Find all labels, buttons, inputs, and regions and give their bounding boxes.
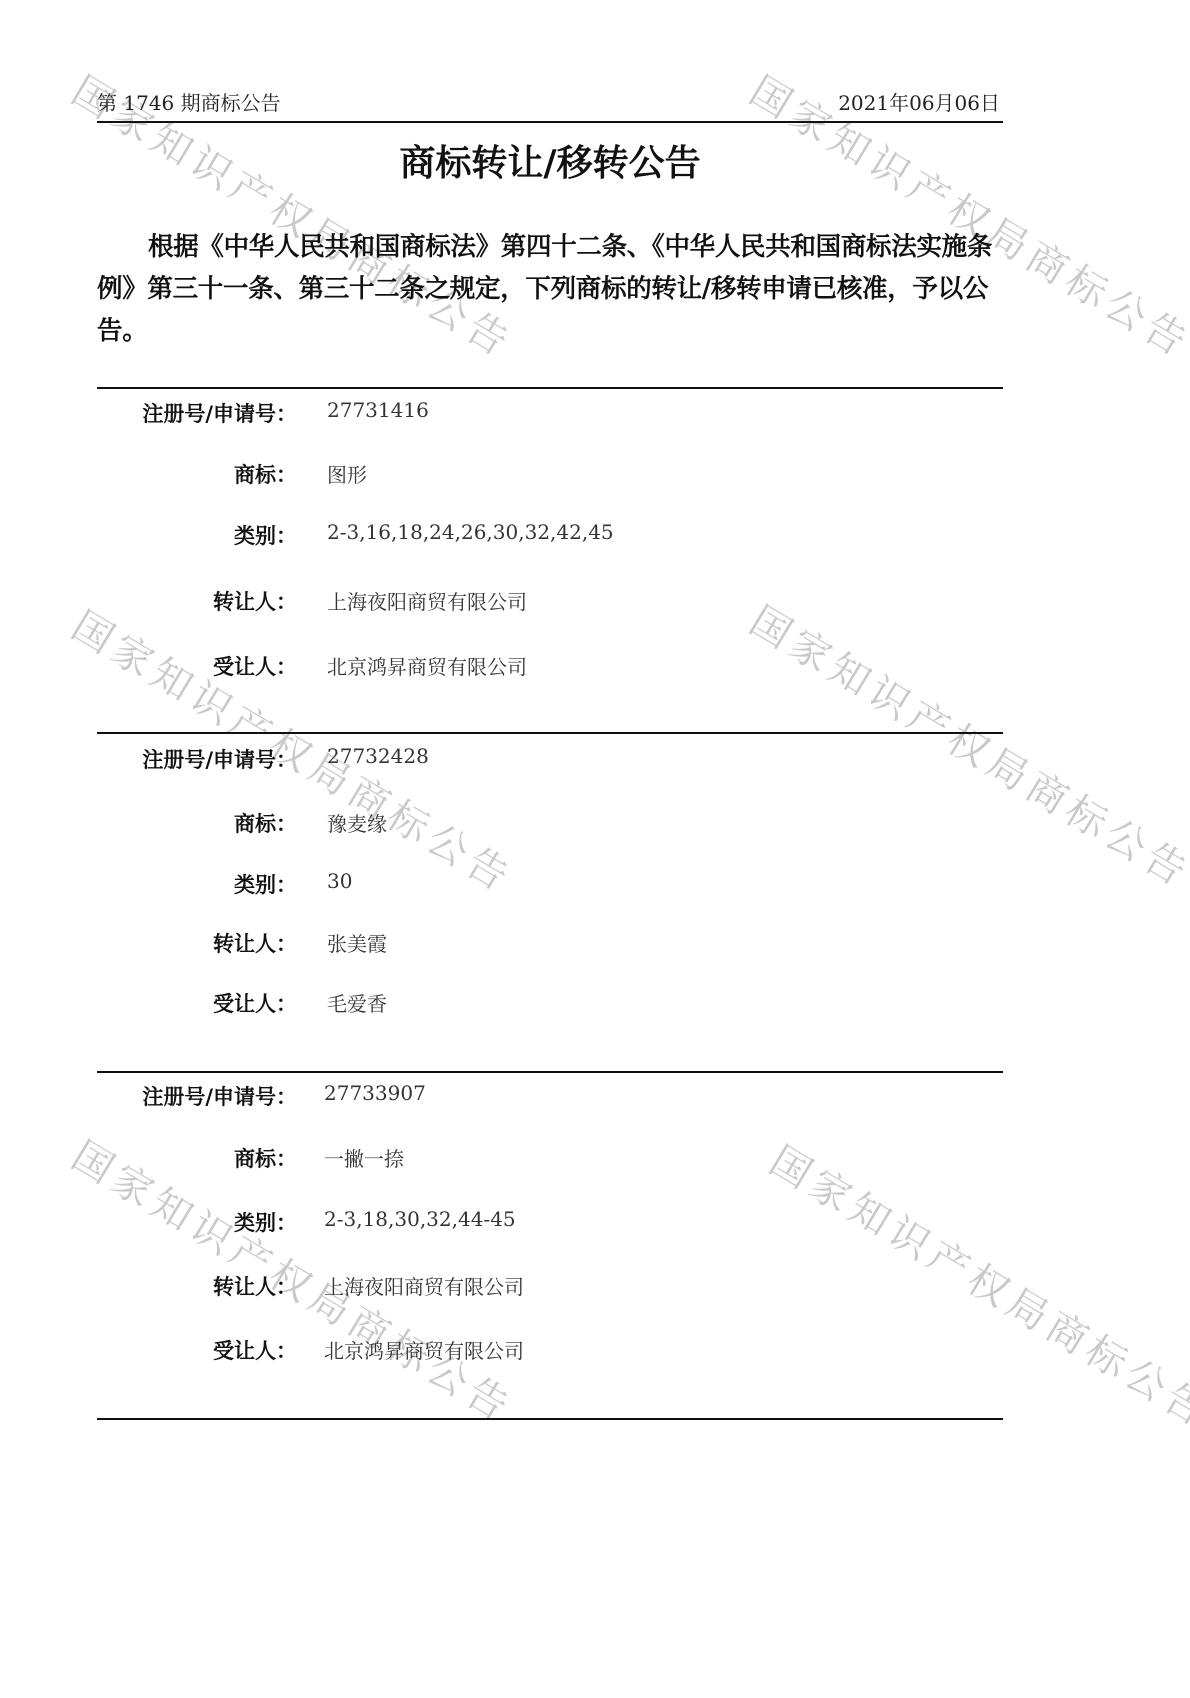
value-assignor: 上海夜阳商贸有限公司 xyxy=(324,1271,524,1300)
field-mark: 商标： 一撇一捺 xyxy=(97,1143,1003,1179)
value-mark: 一撇一捺 xyxy=(324,1143,404,1172)
value-reg-no: 27732428 xyxy=(327,744,429,768)
value-mark: 豫麦缘 xyxy=(327,808,387,837)
label-mark: 商标： xyxy=(234,459,297,489)
record-divider xyxy=(97,732,1003,734)
value-assignee: 毛爱香 xyxy=(327,988,387,1017)
label-assignee: 受让人： xyxy=(213,1335,297,1365)
record-divider xyxy=(97,387,1003,389)
value-mark: 图形 xyxy=(327,459,367,488)
header-divider xyxy=(97,121,1003,123)
field-assignor: 转让人： 张美霞 xyxy=(97,928,1003,964)
label-assignee: 受让人： xyxy=(213,988,297,1018)
label-assignor: 转让人： xyxy=(213,928,297,958)
value-assignee: 北京鸿昇商贸有限公司 xyxy=(327,651,527,680)
value-classes: 2-3,16,18,24,26,30,32,42,45 xyxy=(327,520,614,544)
label-reg-no: 注册号/申请号： xyxy=(142,398,297,428)
value-assignee: 北京鸿昇商贸有限公司 xyxy=(324,1335,524,1364)
label-assignor: 转让人： xyxy=(213,586,297,616)
field-reg-no: 注册号/申请号： 27733907 xyxy=(97,1081,1003,1117)
field-reg-no: 注册号/申请号： 27731416 xyxy=(97,398,1003,434)
field-reg-no: 注册号/申请号： 27732428 xyxy=(97,744,1003,780)
label-reg-no: 注册号/申请号： xyxy=(142,1081,297,1111)
label-mark: 商标： xyxy=(234,1143,297,1173)
issue-number: 第 1746 期商标公告 xyxy=(97,87,281,116)
label-assignor: 转让人： xyxy=(213,1271,297,1301)
record-divider xyxy=(97,1418,1003,1420)
field-assignor: 转让人： 上海夜阳商贸有限公司 xyxy=(97,1271,1003,1307)
field-assignor: 转让人： 上海夜阳商贸有限公司 xyxy=(97,586,1003,622)
field-classes: 类别： 2-3,18,30,32,44-45 xyxy=(97,1207,1003,1243)
value-reg-no: 27731416 xyxy=(327,398,429,422)
field-assignee: 受让人： 北京鸿昇商贸有限公司 xyxy=(97,651,1003,687)
field-classes: 类别： 30 xyxy=(97,869,1003,905)
value-classes: 2-3,18,30,32,44-45 xyxy=(324,1207,516,1231)
page-title: 商标转让/移转公告 xyxy=(0,135,1100,186)
label-classes: 类别： xyxy=(234,520,297,550)
publication-date: 2021年06月06日 xyxy=(838,87,1000,116)
label-mark: 商标： xyxy=(234,808,297,838)
field-assignee: 受让人： 北京鸿昇商贸有限公司 xyxy=(97,1335,1003,1371)
field-mark: 商标： 图形 xyxy=(97,459,1003,495)
label-assignee: 受让人： xyxy=(213,651,297,681)
value-assignor: 上海夜阳商贸有限公司 xyxy=(327,586,527,615)
label-classes: 类别： xyxy=(234,1207,297,1237)
field-classes: 类别： 2-3,16,18,24,26,30,32,42,45 xyxy=(97,520,1003,556)
value-assignor: 张美霞 xyxy=(327,928,387,957)
record-divider xyxy=(97,1071,1003,1073)
intro-paragraph: 根据《中华人民共和国商标法》第四十二条、《中华人民共和国商标法实施条例》第三十一… xyxy=(97,226,1003,352)
field-mark: 商标： 豫麦缘 xyxy=(97,808,1003,844)
field-assignee: 受让人： 毛爱香 xyxy=(97,988,1003,1024)
label-classes: 类别： xyxy=(234,869,297,899)
document-page: 国家知识产权局商标公告 国家知识产权局商标公告 国家知识产权局商标公告 国家知识… xyxy=(0,0,1190,1698)
value-classes: 30 xyxy=(327,869,352,893)
value-reg-no: 27733907 xyxy=(324,1081,426,1105)
label-reg-no: 注册号/申请号： xyxy=(142,744,297,774)
